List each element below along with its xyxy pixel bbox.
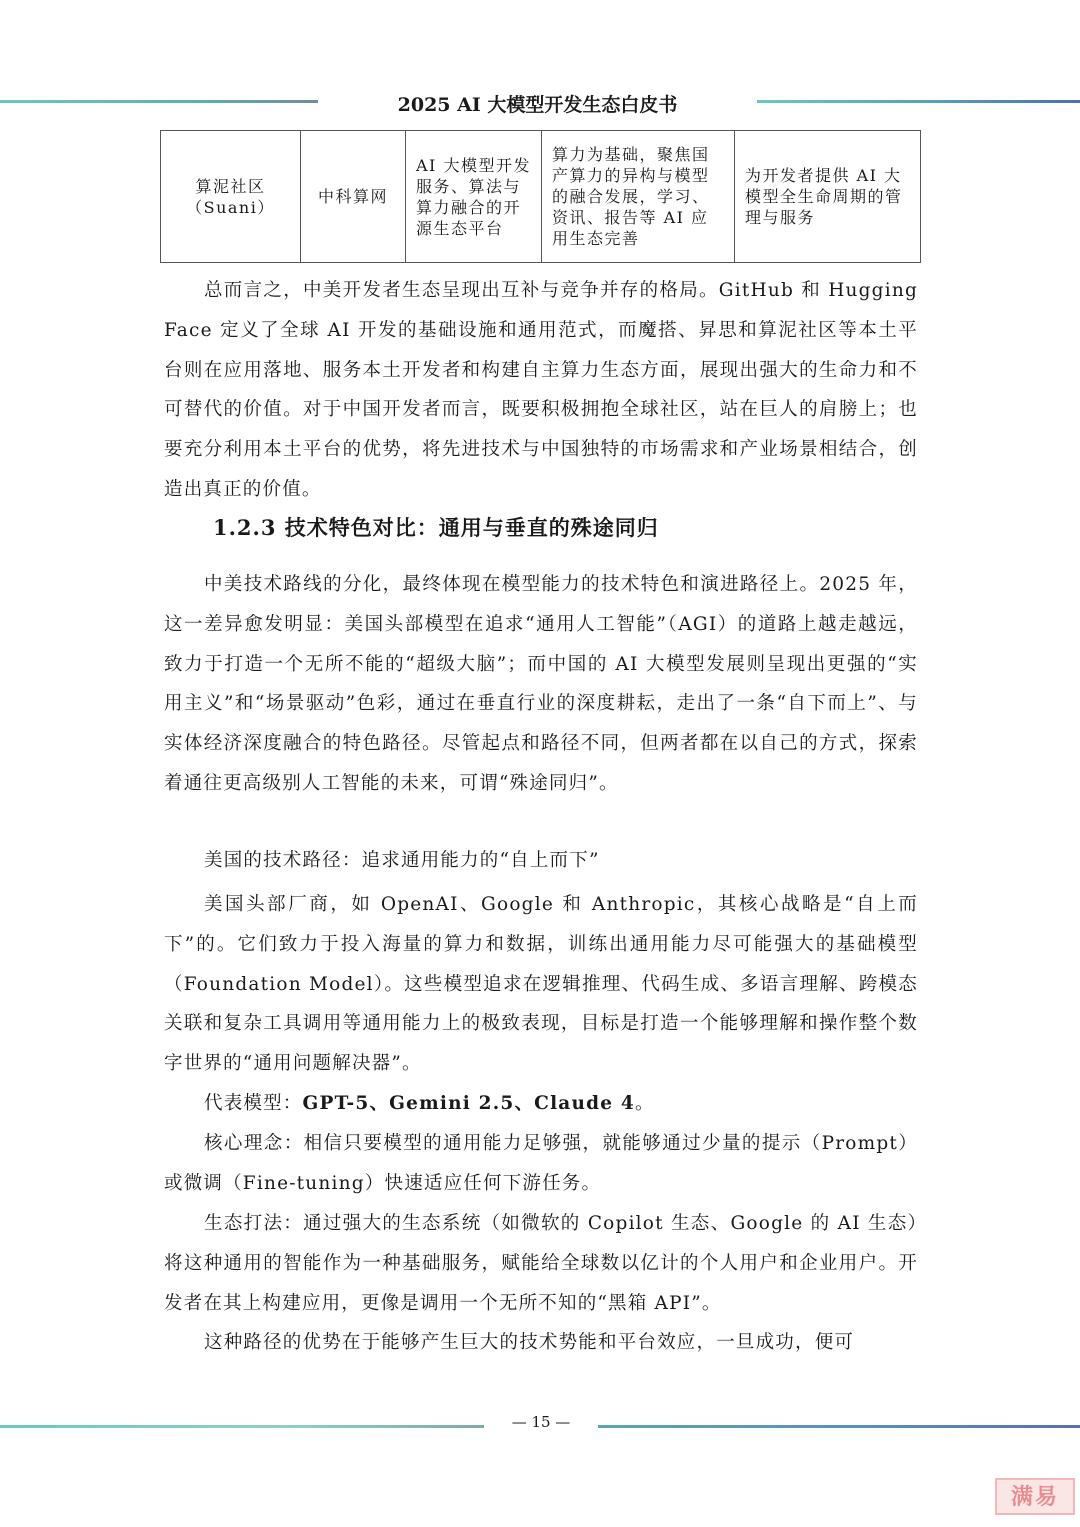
platform-table: 算泥社区 （Suani） 中科算网 AI 大模型开发服务、算法与算力融合的开源生… [160,130,921,263]
cell-value: 为开发者提供 AI 大模型全生命周期的管理与服务 [735,131,921,263]
us-path-paragraph: 美国头部厂商，如 OpenAI、Google 和 Anthropic，其核心战略… [164,885,918,1084]
advantage-paragraph: 这种路径的优势在于能够产生巨大的技术势能和平台效应，一旦成功，便可 [164,1323,918,1363]
page-number: — 15 — [484,1413,598,1431]
cell-features: 算力为基础，聚焦国产算力的异构与模型的融合发展，学习、资讯、报告等 AI 应用生… [542,131,735,263]
representative-models: 代表模型：GPT-5、Gemini 2.5、Claude 4。 [164,1084,918,1124]
footer-rule-right [598,1425,1080,1428]
models-label: 代表模型： [204,1093,303,1114]
models-end: 。 [635,1093,655,1114]
us-path-heading: 美国的技术路径：追求通用能力的“自上而下” [204,846,600,872]
ecosystem-paragraph: 生态打法：通过强大的生态系统（如微软的 Copilot 生态、Google 的 … [164,1204,918,1323]
summary-paragraph: 总而言之，中美开发者生态呈现出互补与竞争并存的格局。GitHub 和 Huggi… [164,271,918,510]
platform-name: 算泥社区 [171,176,290,197]
intro-paragraph: 中美技术路线的分化，最终体现在模型能力的技术特色和演进路径上。2025 年，这一… [164,565,918,804]
watermark-stamp-icon: 满易 [995,1478,1075,1515]
footer-rule-left [0,1425,484,1428]
header-rule-right [757,100,1080,103]
table-row: 算泥社区 （Suani） 中科算网 AI 大模型开发服务、算法与算力融合的开源生… [161,131,921,263]
cell-positioning: AI 大模型开发服务、算法与算力融合的开源生态平台 [406,131,542,263]
cell-platform-name: 算泥社区 （Suani） [161,131,301,263]
cell-organization: 中科算网 [301,131,406,263]
section-title: 1.2.3 技术特色对比：通用与垂直的殊途同归 [213,512,659,542]
models-value: GPT-5、Gemini 2.5、Claude 4 [303,1093,635,1114]
platform-name-en: （Suani） [171,197,290,218]
header-rule-left [0,100,318,103]
core-idea-paragraph: 核心理念：相信只要模型的通用能力足够强，就能够通过少量的提示（Prompt）或微… [164,1124,918,1204]
header-title: 2025 AI 大模型开发生态白皮书 [318,90,757,117]
